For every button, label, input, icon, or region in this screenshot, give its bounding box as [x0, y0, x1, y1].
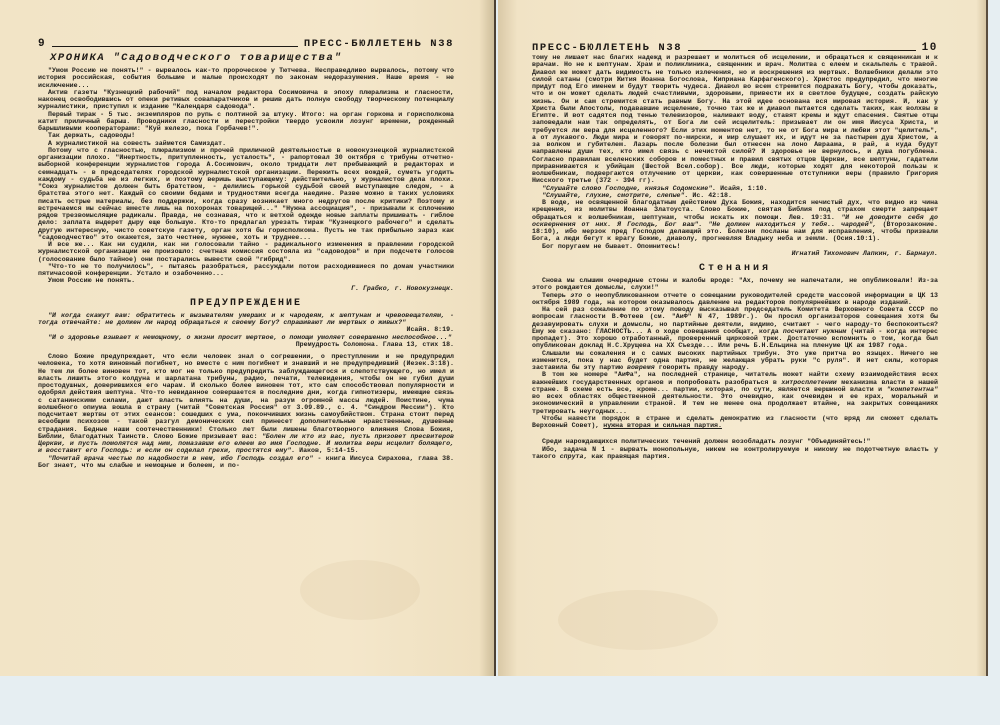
header-rule	[52, 46, 298, 47]
quote-source: Ис. 42:18.	[692, 192, 732, 199]
paragraph-text: говорить правду народу.	[659, 364, 750, 371]
right-running-head: ПРЕСС-БЮЛЛЕТЕНЬ N38 10	[532, 40, 938, 54]
epigraph-source: Исайя. 8:19.	[38, 326, 454, 333]
quote-source: Исайя, 1:10.	[720, 185, 767, 192]
epigraph-text: "И когда скажут вам: обратитесь к вызыва…	[38, 312, 454, 326]
bulletin-title-left: ПРЕСС-БЮЛЛЕТЕНЬ N38	[304, 38, 454, 50]
paragraph-text: о неопубликованном отчете о совещании ру…	[532, 292, 938, 306]
emphasis: "компетентна"	[887, 386, 938, 393]
closing-paragraph: "Почитай врача честью по надобности в не…	[38, 455, 454, 470]
epigraph-wisdom: "И о здоровье взывает к немощному, о жиз…	[38, 334, 454, 341]
paragraph: Теперь это о неопубликованном отчете о с…	[532, 292, 938, 307]
bulletin-title-right: ПРЕСС-БЮЛЛЕТЕНЬ N38	[532, 42, 682, 54]
quote-line: "Слушайте, глухие, смотрите, слепые". Ис…	[532, 192, 938, 199]
paragraph-text: во всех областях общественной деятельнос…	[532, 393, 938, 415]
page-number-left: 9	[38, 38, 46, 50]
paragraph: Среди нарождающихся политических течений…	[532, 438, 938, 445]
quote-text: "Слушайте слово Господне, князья Содомск…	[542, 185, 716, 192]
emphasis: спрута	[560, 453, 584, 460]
paragraph: "Что-то не то получилось", - пытаясь раз…	[38, 263, 454, 278]
paragraph: Снова мы слышим очередные стоны и жалобы…	[532, 277, 938, 292]
quote-line: "Слушайте слово Господне, князья Содомск…	[532, 185, 938, 192]
paragraph: Умом Россию не понять.	[38, 277, 454, 284]
left-running-head: 9 ПРЕСС-БЮЛЛЕТЕНЬ N38	[38, 36, 454, 50]
header-rule	[688, 50, 915, 51]
signature-lapkin: Игнатий Тихонович Лапкин, г. Барнаул.	[532, 250, 938, 257]
paragraph-text: Чтобы навести порядок в стране и сделать…	[532, 415, 938, 429]
right-page: ПРЕСС-БЮЛЛЕТЕНЬ N38 10 тому не лишает на…	[498, 0, 988, 676]
epigraph-text: "И о здоровье взывает к немощному, о жиз…	[48, 334, 452, 341]
paragraph: Так держать, садоводы!	[38, 132, 454, 139]
paragraph: И все же... Как ни судили, как ни голосо…	[38, 241, 454, 263]
paragraph: Потому что с гласностью, плюрализмом и п…	[38, 147, 454, 241]
paragraph: На сей раз сожаление по этому поводу выс…	[532, 306, 938, 350]
underlined-text: нужна вторая и сильная партия.	[603, 422, 722, 429]
left-page: 9 ПРЕСС-БЮЛЛЕТЕНЬ N38 ХРОНИКА "Садоводче…	[0, 0, 496, 676]
closing-quote: "Почитай врача честью по надобности в не…	[48, 455, 313, 462]
paragraph: Ибо, задача N 1 - вырвать монопольную, н…	[532, 446, 938, 461]
paragraph: Первый тираж - 5 тыс. экземпляров по руп…	[38, 111, 454, 133]
emphasis: хитросплетении	[781, 379, 836, 386]
paragraph: Бог поругаем не бывает. Опомнитесь!	[532, 243, 938, 250]
emphasis: посчитают нужным	[783, 328, 846, 335]
signature-grabko: Г. Грабко, г. Новокузнецк.	[38, 285, 454, 292]
epigraph-source: Премудрость Соломона. Глава 13, стих 18.	[38, 341, 454, 348]
continuation-paragraph: тому не лишает нас благих надежд и разре…	[532, 54, 938, 185]
article-title-chronicle: ХРОНИКА "Садоводческого товарищества"	[50, 52, 454, 64]
epigraph-isaiah: "И когда скажут вам: обратитесь к вызыва…	[38, 312, 454, 327]
paragraph: А журналистикой на совесть займется Сами…	[38, 140, 454, 147]
body-text: Слово Божие предупреждает, что если чело…	[38, 353, 454, 440]
inline-quote: "Не должен находиться у тебя.. чародей",	[708, 221, 876, 228]
paragraph: Слышали мы сожаления и с самых высоких п…	[532, 350, 938, 372]
quote-text: "Слушайте, глухие, смотрите, слепые".	[542, 192, 688, 199]
paragraph: "Умом Россию не понять!" - вырвалось как…	[38, 67, 454, 89]
paragraph: В том же номере "АиФа", на последней стр…	[532, 371, 938, 415]
paragraph-text: Теперь	[542, 292, 566, 299]
warning-body: Слово Божие предупреждает, что если чело…	[38, 353, 454, 455]
right-page-content: ПРЕСС-БЮЛЛЕТЕНЬ N38 10 тому не лишает на…	[532, 40, 938, 460]
paragraph-text: , как правящая партия.	[583, 453, 670, 460]
paragraph: В воде, не освященной благодатным действ…	[532, 199, 938, 243]
article-title-lamentations: Стенания	[532, 263, 938, 274]
paragraph: Чтобы навести порядок в стране и сделать…	[532, 415, 938, 430]
left-page-content: 9 ПРЕСС-БЮЛЛЕТЕНЬ N38 ХРОНИКА "Садоводче…	[38, 36, 454, 469]
page-number-right: 10	[922, 42, 938, 54]
emphasis: это	[570, 292, 582, 299]
emphasis: вовремя	[627, 364, 655, 371]
paragraph: Актив газеты "Кузнецкий рабочий" под нач…	[38, 89, 454, 111]
body-quote-source: Иаков, 5:14-15.	[299, 447, 358, 454]
article-title-warning: ПРЕДУПРЕЖДЕНИЕ	[38, 298, 454, 309]
